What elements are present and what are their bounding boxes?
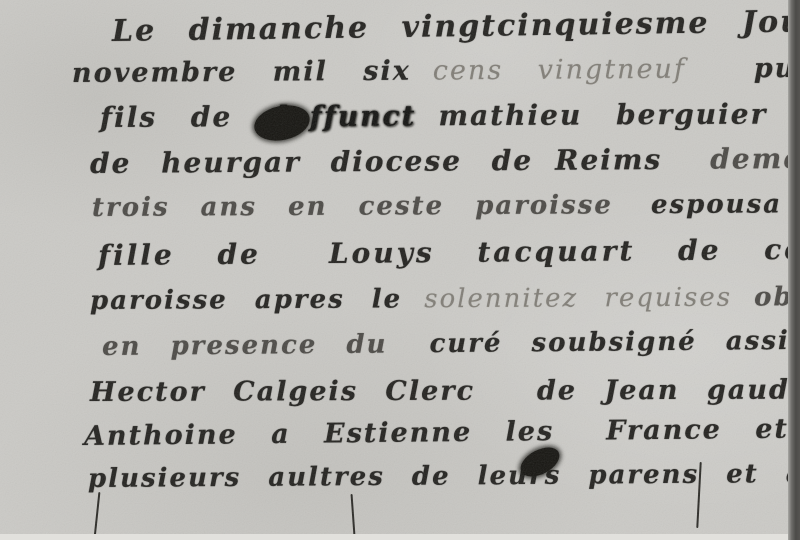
manuscript-line-1: Le dimanche vingtcinquiesme Jour de (112, 3, 800, 49)
manuscript-line-11: plusieurs aultres de leurs parens et amy… (88, 459, 800, 494)
manuscript-line-7: paroisse apres lesolennitez requisesobse… (90, 282, 800, 316)
manuscript-text-segment: Reims (555, 143, 662, 177)
manuscript-line-3: fils dedeffunctmathieu berguier natif (100, 97, 800, 134)
manuscript-text-segment: Anthoine a Estienne les (84, 416, 555, 452)
manuscript-text-segment: solennitez requises (424, 283, 732, 315)
manuscript-line-9: Hector Calgeis Clercde Jean gaudofi (90, 374, 800, 408)
manuscript-text-segment: de heurgar diocese de (90, 144, 533, 180)
manuscript-text-segment: plusieurs aultres de leurs parens et amy… (88, 459, 800, 494)
manuscript-text-segment: fille de (98, 238, 261, 272)
manuscript-text-segment: novembre mil six (72, 56, 411, 89)
manuscript-text-segment: France et (606, 414, 789, 447)
scan-bottom-edge (0, 534, 800, 540)
manuscript-text-segment: curé soubsigné assisté de (429, 325, 800, 359)
manuscript-text-segment: de Jean gaudofi (537, 374, 800, 406)
manuscript-text-segment: Hector Calgeis Clerc (90, 376, 475, 408)
manuscript-line-5: trois ans en ceste paroisseespousa marie (92, 189, 800, 223)
manuscript-line-10: Anthoine a Estienne lesFrance et (84, 414, 789, 452)
manuscript-line-8: en presence ducuré soubsigné assisté de (102, 325, 800, 362)
manuscript-line-4: de heurgar diocese deReimsdemeurant dep (90, 141, 800, 180)
manuscript-text-segment: demeurant dep (710, 141, 800, 176)
manuscript-page: Le dimanche vingtcinquiesme Jour denovem… (0, 0, 800, 540)
manuscript-text-segment: paroisse apres le (90, 284, 402, 316)
manuscript-text-segment: cens vingtneuf (433, 54, 686, 87)
manuscript-text-segment: mathieu berguier natif (438, 97, 800, 132)
manuscript-line-2: novembre mil sixcens vingtneufpurra (72, 53, 800, 89)
scan-right-edge-band (788, 0, 800, 540)
manuscript-text-segment: Louys tacquart de ceste (329, 232, 800, 270)
manuscript-line-6: fille deLouys tacquart de ceste (98, 232, 800, 272)
manuscript-text-segment: Le dimanche vingtcinquiesme Jour de (112, 3, 800, 49)
manuscript-lines: Le dimanche vingtcinquiesme Jour denovem… (0, 0, 800, 540)
manuscript-text-segment: espousa marie (651, 189, 800, 220)
manuscript-text-segment: en presence du (102, 330, 388, 362)
manuscript-text-segment: fils de (100, 100, 232, 134)
manuscript-text-segment: trois ans en ceste paroisse (92, 190, 613, 223)
